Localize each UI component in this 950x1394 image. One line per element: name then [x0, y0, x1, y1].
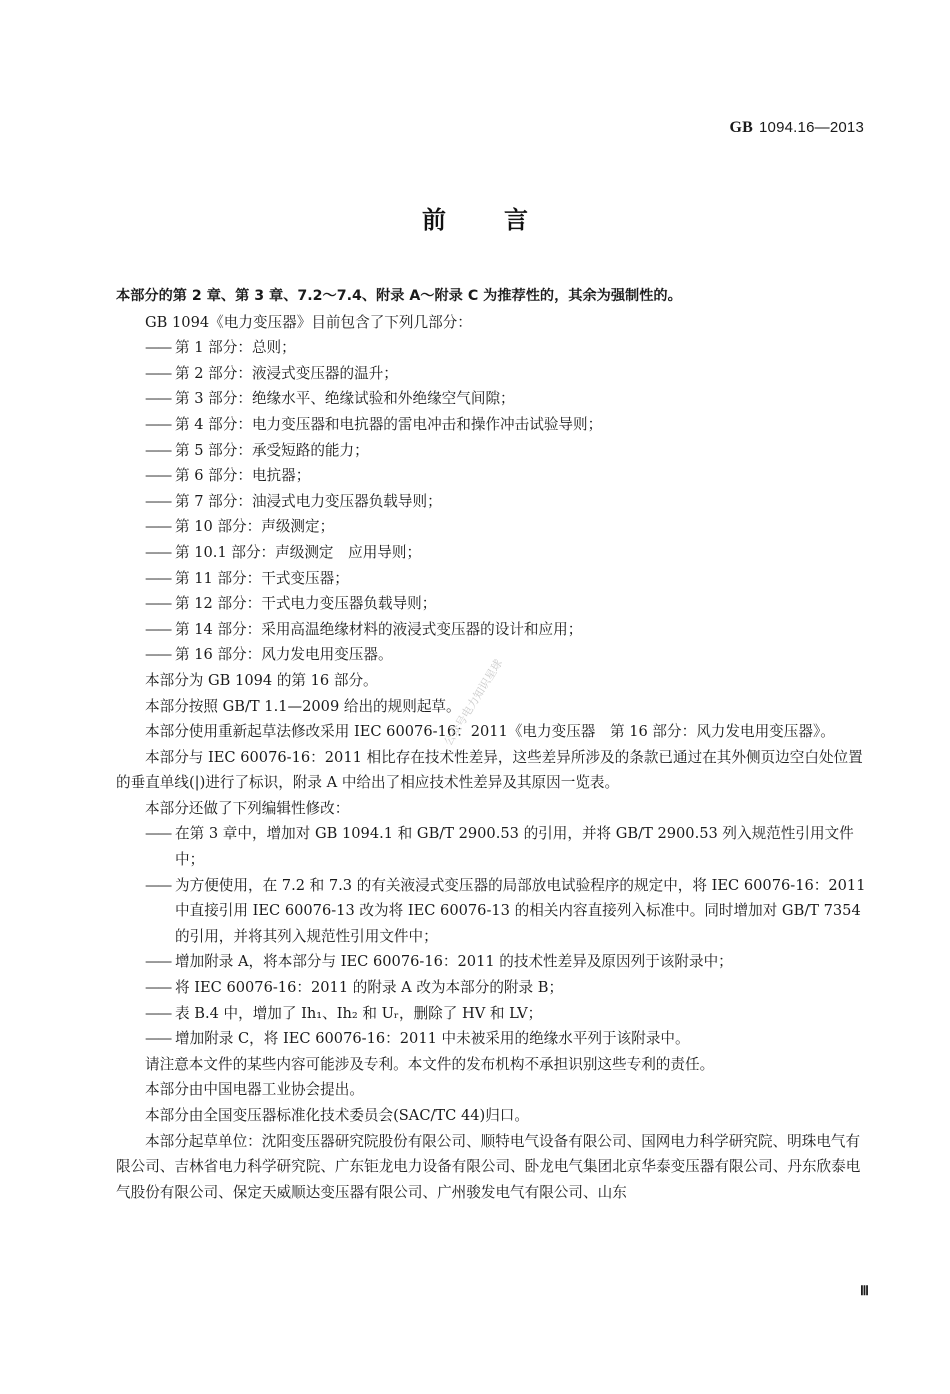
dash-marker: ——	[145, 617, 175, 643]
dash-marker: ——	[145, 489, 175, 515]
standard-number: 1094.16—2013	[759, 119, 864, 136]
list-item: ——第 5 部分：承受短路的能力；	[145, 438, 874, 464]
dash-marker: ——	[145, 514, 175, 540]
parts-intro: GB 1094《电力变压器》目前包含了下列几部分：	[116, 310, 874, 336]
list-item: ——增加附录 A，将本部分与 IEC 60076-16：2011 的技术性差异及…	[145, 949, 874, 975]
adoption-statement: 本部分使用重新起草法修改采用 IEC 60076-16：2011《电力变压器 第…	[116, 719, 874, 745]
standard-prefix: GB	[729, 119, 753, 136]
dash-marker: ——	[145, 412, 175, 438]
dash-marker: ——	[145, 540, 175, 566]
proposer-statement: 本部分由中国电器工业协会提出。	[116, 1077, 874, 1103]
dash-marker: ——	[145, 386, 175, 412]
page-title: 前言	[0, 200, 950, 235]
dash-marker: ——	[145, 566, 175, 592]
committee-statement: 本部分由全国变压器标准化技术委员会(SAC/TC 44)归口。	[116, 1103, 874, 1129]
document-body: 本部分的第 2 章、第 3 章、7.2～7.4、附录 A～附录 C 为推荐性的，…	[116, 284, 874, 1205]
list-item: ——在第 3 章中，增加对 GB 1094.1 和 GB/T 2900.53 的…	[145, 821, 874, 872]
dash-marker: ——	[145, 975, 175, 1001]
dash-marker: ——	[145, 361, 175, 387]
dash-marker: ——	[145, 335, 175, 361]
editorial-intro: 本部分还做了下列编辑性修改：	[116, 796, 874, 822]
technical-differences: 本部分与 IEC 60076-16：2011 相比存在技术性差异，这些差异所涉及…	[116, 745, 874, 796]
dash-marker: ——	[145, 642, 175, 668]
applicability-statement: 本部分的第 2 章、第 3 章、7.2～7.4、附录 A～附录 C 为推荐性的，…	[116, 284, 874, 310]
list-item: ——增加附录 C，将 IEC 60076-16：2011 中未被采用的绝缘水平列…	[145, 1026, 874, 1052]
dash-marker: ——	[145, 591, 175, 617]
list-item: ——第 10.1 部分：声级测定 应用导则；	[145, 540, 874, 566]
parts-list: ——第 1 部分：总则； ——第 2 部分：液浸式变压器的温升； ——第 3 部…	[116, 335, 874, 668]
drafting-rules: 本部分按照 GB/T 1.1—2009 给出的规则起草。	[116, 694, 874, 720]
list-item: ——第 1 部分：总则；	[145, 335, 874, 361]
list-item: ——第 2 部分：液浸式变压器的温升；	[145, 361, 874, 387]
patent-notice: 请注意本文件的某些内容可能涉及专利。本文件的发布机构不承担识别这些专利的责任。	[116, 1052, 874, 1078]
list-item: ——将 IEC 60076-16：2011 的附录 A 改为本部分的附录 B；	[145, 975, 874, 1001]
dash-marker: ——	[145, 821, 175, 847]
dash-marker: ——	[145, 949, 175, 975]
dash-marker: ——	[145, 438, 175, 464]
list-item: ——第 14 部分：采用高温绝缘材料的液浸式变压器的设计和应用；	[145, 617, 874, 643]
dash-marker: ——	[145, 1001, 175, 1027]
list-item: ——表 B.4 中，增加了 Ih₁、Ih₂ 和 Uᵣ，删除了 HV 和 LV；	[145, 1001, 874, 1027]
list-item: ——第 10 部分：声级测定；	[145, 514, 874, 540]
list-item: ——第 3 部分：绝缘水平、绝缘试验和外绝缘空气间隙；	[145, 386, 874, 412]
standard-code: GB1094.16—2013	[729, 118, 864, 137]
list-item: ——第 7 部分：油浸式电力变压器负载导则；	[145, 489, 874, 515]
editorial-changes-list: ——在第 3 章中，增加对 GB 1094.1 和 GB/T 2900.53 的…	[116, 821, 874, 1051]
list-item: ——为方便使用，在 7.2 和 7.3 的有关液浸式变压器的局部放电试验程序的规…	[145, 873, 874, 950]
list-item: ——第 12 部分：干式电力变压器负载导则；	[145, 591, 874, 617]
list-item: ——第 11 部分：干式变压器；	[145, 566, 874, 592]
dash-marker: ——	[145, 1026, 175, 1052]
drafting-units: 本部分起草单位：沈阳变压器研究院股份有限公司、顺特电气设备有限公司、国网电力科学…	[116, 1129, 874, 1206]
list-item: ——第 6 部分：电抗器；	[145, 463, 874, 489]
dash-marker: ——	[145, 873, 175, 899]
dash-marker: ——	[145, 463, 175, 489]
list-item: ——第 4 部分：电力变压器和电抗器的雷电冲击和操作冲击试验导则；	[145, 412, 874, 438]
page-number: Ⅲ	[860, 1283, 868, 1299]
